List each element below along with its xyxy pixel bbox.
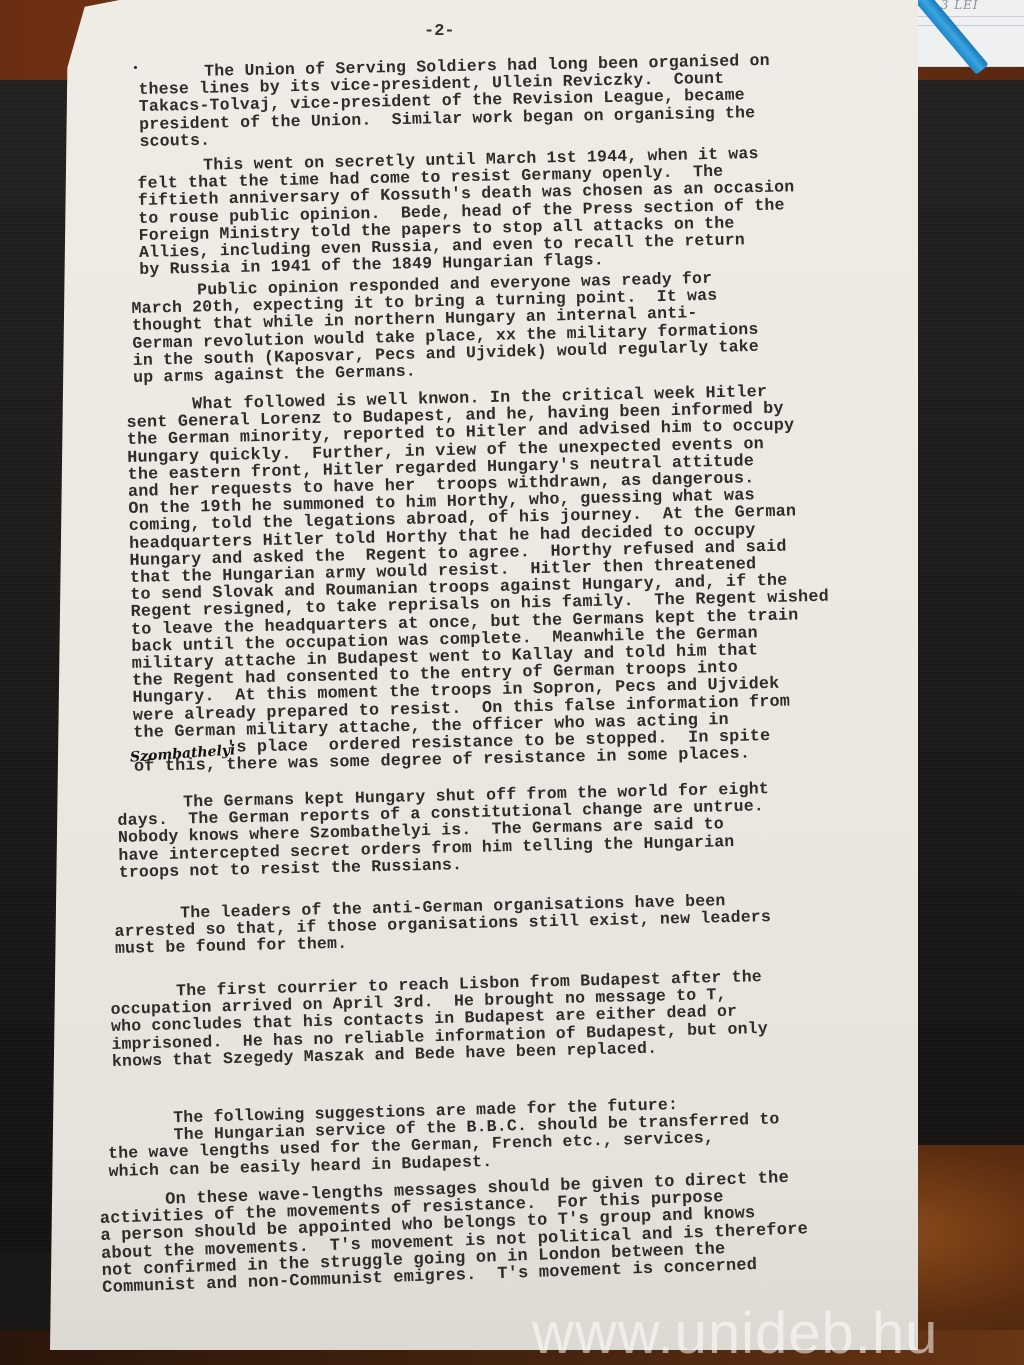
paragraph-suggestions: The following suggestions are made for t… bbox=[107, 1093, 781, 1179]
paragraph-public-opinion: Public opinion responded and everyone wa… bbox=[131, 269, 759, 386]
ink-speck bbox=[134, 66, 137, 69]
page-number: -2- bbox=[424, 22, 455, 41]
paragraph-wave-lengths: On these wave-lengths messages should be… bbox=[99, 1169, 809, 1297]
paragraph-germans-shut-off: The Germans kept Hungary shut off from t… bbox=[117, 780, 771, 881]
paragraph-leaders-arrested: The leaders of the anti-German organisat… bbox=[114, 891, 772, 957]
watermark: www.unideb.hu bbox=[532, 1300, 938, 1365]
paragraph-union-of-serving-soldiers: The Union of Serving Soldiers had long b… bbox=[138, 52, 771, 150]
paragraph-what-followed: What followed is well knwon. In the crit… bbox=[126, 383, 832, 777]
paragraph-march-1944: This went on secretly until March 1st 19… bbox=[137, 144, 796, 278]
paragraph-first-courrier: The first courrier to reach Lisbon from … bbox=[110, 968, 769, 1070]
document-text: -2- The Union of Serving Soldiers had lo… bbox=[0, 0, 1024, 1365]
